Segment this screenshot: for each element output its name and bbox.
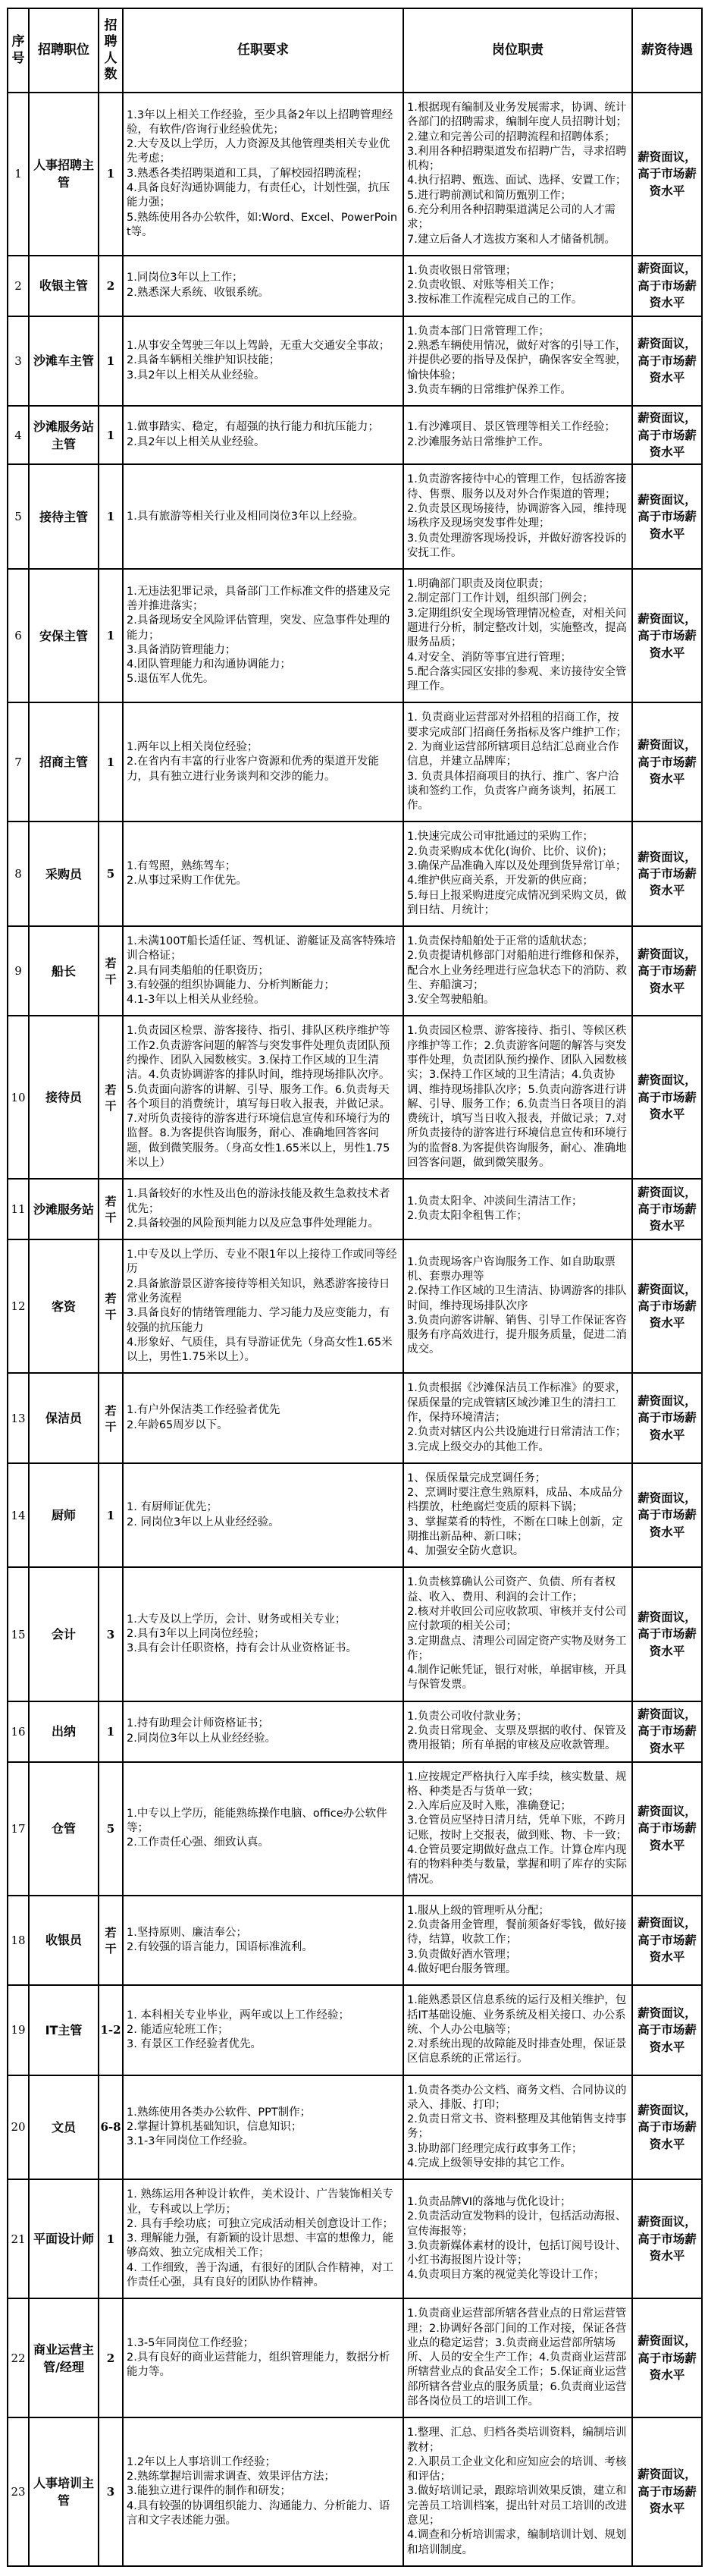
salary-cell: 薪资面议，高于市场薪资水平 [632, 316, 702, 406]
position-cell: 仓管 [29, 1762, 99, 1896]
salary-cell: 薪资面议，高于市场薪资水平 [632, 1762, 702, 1896]
table-row: 1人事招聘主管11.3年以上相关工作经验，至少具备2年以上招聘管理经验，有软件/… [8, 93, 702, 256]
salary-cell: 薪资面议，高于市场薪资水平 [632, 406, 702, 464]
position-cell: 人事招聘主管 [29, 93, 99, 256]
salary-cell: 薪资面议，高于市场薪资水平 [632, 256, 702, 316]
requirements-cell: 1.2年以上人事培训工作经验； 2.熟练掌握培训需求调查、效果评估方法； 3.能… [123, 2417, 403, 2566]
duties-cell: 1.负责核算确认公司资产、负债、所有者权益、收入、费用、利润的会计工作； 2.核… [403, 1567, 632, 1701]
row-index-cell: 23 [8, 2417, 29, 2566]
duties-cell: 1.负责园区检票、游客接待、指引、等候区秩序维护等工作；2.负责游客问题的解答与… [403, 1016, 632, 1179]
salary-cell: 薪资面议，高于市场薪资水平 [632, 464, 702, 569]
position-cell: IT主管 [29, 1985, 99, 2075]
requirements-cell: 1. 本科相关专业毕业，两年或以上工作经验； 2. 能适应轮班工作； 3. 有景… [123, 1985, 403, 2075]
headcount-cell: 若干 [99, 1373, 123, 1462]
headcount-cell: 1 [99, 2179, 123, 2298]
position-cell: 沙滩车主管 [29, 316, 99, 406]
table-row: 4沙滩服务站主管11.做事踏实、稳定，有超强的执行能力和抗压能力； 2.具2年以… [8, 406, 702, 464]
salary-cell: 薪资面议，高于市场薪资水平 [632, 1985, 702, 2075]
row-index-cell: 1 [8, 93, 29, 256]
duties-cell: 1.负责品牌VI的落地与优化设计； 2.负责活动宣发物料的设计，包括活动海报、宣… [403, 2179, 632, 2298]
requirements-cell: 1.大专及以上学历，会计、财务或相关专业； 2.具有3年以上同岗位经验； 3.具… [123, 1567, 403, 1701]
table-row: 3沙滩车主管11.从事安全驾驶三年以上驾龄，无重大交通安全事故； 2.具备车辆相… [8, 316, 702, 406]
requirements-cell: 1.有户外保洁类工作经验者优先 2.年龄65周岁以下。 [123, 1373, 403, 1462]
headcount-cell: 1-2 [99, 1985, 123, 2075]
duties-cell: 1.服从上级的管理听从分配； 2.负责备用金管理，餐前须备好零钱，做好接待，结算… [403, 1896, 632, 1985]
table-row: 7招商主管11.两年以上相关岗位经验； 2.在省内有丰富的行业客户资源和优秀的渠… [8, 702, 702, 821]
salary-cell: 薪资面议，高于市场薪资水平 [632, 926, 702, 1016]
row-index-cell: 11 [8, 1179, 29, 1239]
requirements-cell: 1.具备较好的水性及出色的游泳技能及救生急救技术者优先； 2.具备较强的风险预判… [123, 1179, 403, 1239]
row-index-cell: 12 [8, 1239, 29, 1373]
duties-cell: 1.负责收银日常管理； 2.负责收银、对账等相关工作； 3.按标准工作流程完成自… [403, 256, 632, 316]
requirements-cell: 1. 熟练运用各种设计软件，美术设计、广告装饰相关专业，专科或以上学历； 2. … [123, 2179, 403, 2298]
row-index-cell: 8 [8, 821, 29, 926]
salary-cell: 薪资面议，高于市场薪资水平 [632, 2298, 702, 2417]
duties-cell: 1.根据现有编制及业务发展需求，协调、统计各部门的招聘需求，编制年度人员招聘计划… [403, 93, 632, 256]
table-row: 8采购员51.有驾照，熟练驾车； 2.从事过采购工作优先。1.快速完成公司审批通… [8, 821, 702, 926]
requirements-cell: 1.坚持原则、廉洁奉公； 2.有较强的语言能力，国语标准流利。 [123, 1896, 403, 1985]
salary-cell: 薪资面议，高于市场薪资水平 [632, 2417, 702, 2566]
salary-cell: 薪资面议，高于市场薪资水平 [632, 1463, 702, 1568]
position-cell: 安保主管 [29, 569, 99, 702]
duties-cell: 1.快速完成公司审批通过的采购工作； 2.负责采购成本优化(询价、比价、议价)；… [403, 821, 632, 926]
table-row: 11沙滩服务站若干1.具备较好的水性及出色的游泳技能及救生急救技术者优先； 2.… [8, 1179, 702, 1239]
headcount-cell: 若干 [99, 1179, 123, 1239]
duties-cell: 1.负责保持船舶处于正常的适航状态； 2.负责提请机修部门对船舶进行维修和保养，… [403, 926, 632, 1016]
duties-cell: 1.整理、汇总、归档各类培训资料，编制培训教材； 2.入职员工企业文化和应知应会… [403, 2417, 632, 2566]
row-index-cell: 22 [8, 2298, 29, 2417]
row-index-cell: 7 [8, 702, 29, 821]
headcount-cell: 1 [99, 406, 123, 464]
table-row: 13保洁员若干1.有户外保洁类工作经验者优先 2.年龄65周岁以下。1.负责根据… [8, 1373, 702, 1462]
header-requirements: 任职要求 [123, 8, 403, 93]
position-cell: 商业运营主管/经理 [29, 2298, 99, 2417]
salary-cell: 薪资面议，高于市场薪资水平 [632, 1016, 702, 1179]
row-index-cell: 16 [8, 1701, 29, 1762]
row-index-cell: 4 [8, 406, 29, 464]
table-row: 12客资若干1.中专及以上学历、专业不限1年以上接待工作或同等经历 2.具备旅游… [8, 1239, 702, 1373]
requirements-cell: 1.两年以上相关岗位经验； 2.在省内有丰富的行业客户资源和优秀的渠道开发能力，… [123, 702, 403, 821]
row-index-cell: 10 [8, 1016, 29, 1179]
requirements-cell: 1.做事踏实、稳定，有超强的执行能力和抗压能力； 2.具2年以上相关从业经验。 [123, 406, 403, 464]
headcount-cell: 6-8 [99, 2075, 123, 2180]
row-index-cell: 5 [8, 464, 29, 569]
header-salary: 薪资待遇 [632, 8, 702, 93]
salary-cell: 薪资面议，高于市场薪资水平 [632, 1239, 702, 1373]
table-row: 22商业运营主管/经理21.3-5年同岗位工作经验； 2.具有良好的商业运营能力… [8, 2298, 702, 2417]
duties-cell: 1、保质保量完成烹调任务； 2、烹调时要注意生熟原料，成品、本成品分档摆放，杜绝… [403, 1463, 632, 1568]
salary-cell: 薪资面议，高于市场薪资水平 [632, 93, 702, 256]
table-row: 2收银主管21.同岗位3年以上工作； 2.熟悉深大系统、收银系统。1.负责收银日… [8, 256, 702, 316]
salary-cell: 薪资面议，高于市场薪资水平 [632, 1701, 702, 1762]
requirements-cell: 1.无违法犯罪记录，具备部门工作标准文件的搭建及完善并推进落实； 2.具备现场安… [123, 569, 403, 702]
table-row: 14厨师11. 有厨师证优先； 2. 同岗位3年以上从业经经验。1、保质保量完成… [8, 1463, 702, 1568]
headcount-cell: 若干 [99, 1896, 123, 1985]
position-cell: 厨师 [29, 1463, 99, 1568]
duties-cell: 1.负责太阳伞、冲淡间生清洁工作； 2.负责太阳伞租售工作； [403, 1179, 632, 1239]
salary-cell: 薪资面议，高于市场薪资水平 [632, 702, 702, 821]
salary-cell: 薪资面议，高于市场薪资水平 [632, 1179, 702, 1239]
row-index-cell: 20 [8, 2075, 29, 2180]
position-cell: 招商主管 [29, 702, 99, 821]
duties-cell: 1.明确部门职责及岗位职责； 2.制定部门工作计划，组织部门例会； 3.定期组织… [403, 569, 632, 702]
salary-cell: 薪资面议，高于市场薪资水平 [632, 1373, 702, 1462]
headcount-cell: 1 [99, 702, 123, 821]
row-index-cell: 18 [8, 1896, 29, 1985]
headcount-cell: 1 [99, 1463, 123, 1568]
requirements-cell: 1.未满100T船长适任证、驾机证、游艇证及高客特殊培训合格证； 2.具有同类船… [123, 926, 403, 1016]
requirements-cell: 1.3年以上相关工作经验，至少具备2年以上招聘管理经验，有软件/咨询行业经验优先… [123, 93, 403, 256]
table-row: 19IT主管1-21. 本科相关专业毕业，两年或以上工作经验； 2. 能适应轮班… [8, 1985, 702, 2075]
row-index-cell: 21 [8, 2179, 29, 2298]
requirements-cell: 1.中专以上学历，能能熟练操作电脑、office办公软件等； 2.工作责任心强、… [123, 1762, 403, 1896]
requirements-cell: 1.熟练使用各类办公软件、PPT制作； 2.掌握计算机基础知识，信息知识； 3.… [123, 2075, 403, 2180]
salary-cell: 薪资面议，高于市场薪资水平 [632, 821, 702, 926]
header-row: 序号 招聘职位 招聘人数 任职要求 岗位职责 薪资待遇 [8, 8, 702, 93]
requirements-cell: 1.有驾照，熟练驾车； 2.从事过采购工作优先。 [123, 821, 403, 926]
requirements-cell: 1.负责园区检票、游客接待、指引、排队区秩序维护等工作2.负责游客问题的解答与突… [123, 1016, 403, 1179]
row-index-cell: 6 [8, 569, 29, 702]
requirements-cell: 1.3-5年同岗位工作经验； 2.具有良好的商业运营能力，组织管理能力，数据分析… [123, 2298, 403, 2417]
requirements-cell: 1.中专及以上学历、专业不限1年以上接待工作或同等经历 2.具备旅游景区游客接待… [123, 1239, 403, 1373]
table-row: 18收银员若干1.坚持原则、廉洁奉公； 2.有较强的语言能力，国语标准流利。1.… [8, 1896, 702, 1985]
position-cell: 平面设计师 [29, 2179, 99, 2298]
position-cell: 收银员 [29, 1896, 99, 1985]
position-cell: 收银主管 [29, 256, 99, 316]
row-index-cell: 3 [8, 316, 29, 406]
table-row: 17仓管51.中专以上学历，能能熟练操作电脑、office办公软件等； 2.工作… [8, 1762, 702, 1896]
row-index-cell: 19 [8, 1985, 29, 2075]
position-cell: 接待员 [29, 1016, 99, 1179]
position-cell: 客资 [29, 1239, 99, 1373]
header-index: 序号 [8, 8, 29, 93]
table-row: 15会计31.大专及以上学历，会计、财务或相关专业； 2.具有3年以上同岗位经验… [8, 1567, 702, 1701]
requirements-cell: 1.从事安全驾驶三年以上驾龄，无重大交通安全事故； 2.具备车辆相关维护知识技能… [123, 316, 403, 406]
headcount-cell: 1 [99, 316, 123, 406]
duties-cell: 1.负责公司收付款业务； 2.负责日常现金、支票及票据的收付、保管及费用报销；所… [403, 1701, 632, 1762]
salary-cell: 薪资面议，高于市场薪资水平 [632, 2179, 702, 2298]
salary-cell: 薪资面议，高于市场薪资水平 [632, 1567, 702, 1701]
headcount-cell: 5 [99, 1762, 123, 1896]
row-index-cell: 2 [8, 256, 29, 316]
duties-cell: 1.有沙滩项目、景区管理等相关工作经验； 2.沙滩服务站日常维护工作。 [403, 406, 632, 464]
duties-cell: 1.应按规定严格执行入库手续，核实数量、规格、种类是否与货单一致； 2.入库后应… [403, 1762, 632, 1896]
headcount-cell: 3 [99, 2417, 123, 2566]
requirements-cell: 1.持有助理会计师资格证书； 2.同岗位3年以上从业经经验。 [123, 1701, 403, 1762]
table-row: 23人事培训主管31.2年以上人事培训工作经验； 2.熟练掌握培训需求调查、效果… [8, 2417, 702, 2566]
headcount-cell: 1 [99, 1701, 123, 1762]
table-header: 序号 招聘职位 招聘人数 任职要求 岗位职责 薪资待遇 [8, 8, 702, 93]
salary-cell: 薪资面议，高于市场薪资水平 [632, 1896, 702, 1985]
headcount-cell: 1 [99, 93, 123, 256]
row-index-cell: 15 [8, 1567, 29, 1701]
header-duties: 岗位职责 [403, 8, 632, 93]
table-row: 9船长若干1.未满100T船长适任证、驾机证、游艇证及高客特殊培训合格证； 2.… [8, 926, 702, 1016]
position-cell: 会计 [29, 1567, 99, 1701]
duties-cell: 1.负责各类办公文档、商务文档、合同协议的录入、排版、打印； 2.负责日常文书、… [403, 2075, 632, 2180]
position-cell: 接待主管 [29, 464, 99, 569]
headcount-cell: 3 [99, 1567, 123, 1701]
position-cell: 沙滩服务站主管 [29, 406, 99, 464]
job-table-body: 1人事招聘主管11.3年以上相关工作经验，至少具备2年以上招聘管理经验，有软件/… [8, 93, 702, 2566]
headcount-cell: 若干 [99, 1239, 123, 1373]
header-headcount: 招聘人数 [99, 8, 123, 93]
table-row: 16出纳11.持有助理会计师资格证书； 2.同岗位3年以上从业经经验。1.负责公… [8, 1701, 702, 1762]
headcount-cell: 1 [99, 464, 123, 569]
headcount-cell: 若干 [99, 926, 123, 1016]
row-index-cell: 17 [8, 1762, 29, 1896]
duties-cell: 1.负责根据《沙滩保洁员工作标准》的要求，保质保量的完成管辖区域沙滩卫生的清扫工… [403, 1373, 632, 1462]
duties-cell: 1.负责商业运营部所辖各营业点的日常运营管理；2.协调好各部门间的工作对接，保证… [403, 2298, 632, 2417]
position-cell: 人事培训主管 [29, 2417, 99, 2566]
recruitment-table: 序号 招聘职位 招聘人数 任职要求 岗位职责 薪资待遇 1人事招聘主管11.3年… [7, 8, 703, 2567]
salary-cell: 薪资面议，高于市场薪资水平 [632, 2075, 702, 2180]
table-row: 6安保主管11.无违法犯罪记录，具备部门工作标准文件的搭建及完善并推进落实； 2… [8, 569, 702, 702]
position-cell: 出纳 [29, 1701, 99, 1762]
row-index-cell: 9 [8, 926, 29, 1016]
headcount-cell: 2 [99, 256, 123, 316]
row-index-cell: 13 [8, 1373, 29, 1462]
duties-cell: 1. 负责商业运营部对外招租的招商工作，按要求完成部门招商任务指标及客户维护工作… [403, 702, 632, 821]
requirements-cell: 1.具有旅游等相关行业及相同岗位3年以上经验。 [123, 464, 403, 569]
duties-cell: 1.能熟悉景区信息系统的运行及相关维护，包括IT基础设施、业务系统及相关接口、办… [403, 1985, 632, 2075]
duties-cell: 1.负责游客接待中心的管理工作，包括游客接待、售票、服务以及对外合作渠道的管理；… [403, 464, 632, 569]
requirements-cell: 1. 有厨师证优先； 2. 同岗位3年以上从业经经验。 [123, 1463, 403, 1568]
position-cell: 文员 [29, 2075, 99, 2180]
duties-cell: 1.负责本部门日常管理工作； 2.熟悉车辆使用情况，做好对客的引导工作，并提供必… [403, 316, 632, 406]
headcount-cell: 若干 [99, 1016, 123, 1179]
header-position: 招聘职位 [29, 8, 99, 93]
recruitment-page: 序号 招聘职位 招聘人数 任职要求 岗位职责 薪资待遇 1人事招聘主管11.3年… [0, 0, 708, 2576]
position-cell: 保洁员 [29, 1373, 99, 1462]
position-cell: 船长 [29, 926, 99, 1016]
headcount-cell: 1 [99, 569, 123, 702]
salary-cell: 薪资面议，高于市场薪资水平 [632, 569, 702, 702]
duties-cell: 1.负责现场客户咨询服务工作、如自助取票机、套票办理等 2.保持工作区域的卫生清… [403, 1239, 632, 1373]
row-index-cell: 14 [8, 1463, 29, 1568]
table-row: 10接待员若干1.负责园区检票、游客接待、指引、排队区秩序维护等工作2.负责游客… [8, 1016, 702, 1179]
headcount-cell: 5 [99, 821, 123, 926]
requirements-cell: 1.同岗位3年以上工作； 2.熟悉深大系统、收银系统。 [123, 256, 403, 316]
position-cell: 采购员 [29, 821, 99, 926]
position-cell: 沙滩服务站 [29, 1179, 99, 1239]
table-row: 5接待主管11.具有旅游等相关行业及相同岗位3年以上经验。1.负责游客接待中心的… [8, 464, 702, 569]
table-row: 20文员6-81.熟练使用各类办公软件、PPT制作； 2.掌握计算机基础知识，信… [8, 2075, 702, 2180]
headcount-cell: 2 [99, 2298, 123, 2417]
table-row: 21平面设计师11. 熟练运用各种设计软件，美术设计、广告装饰相关专业，专科或以… [8, 2179, 702, 2298]
